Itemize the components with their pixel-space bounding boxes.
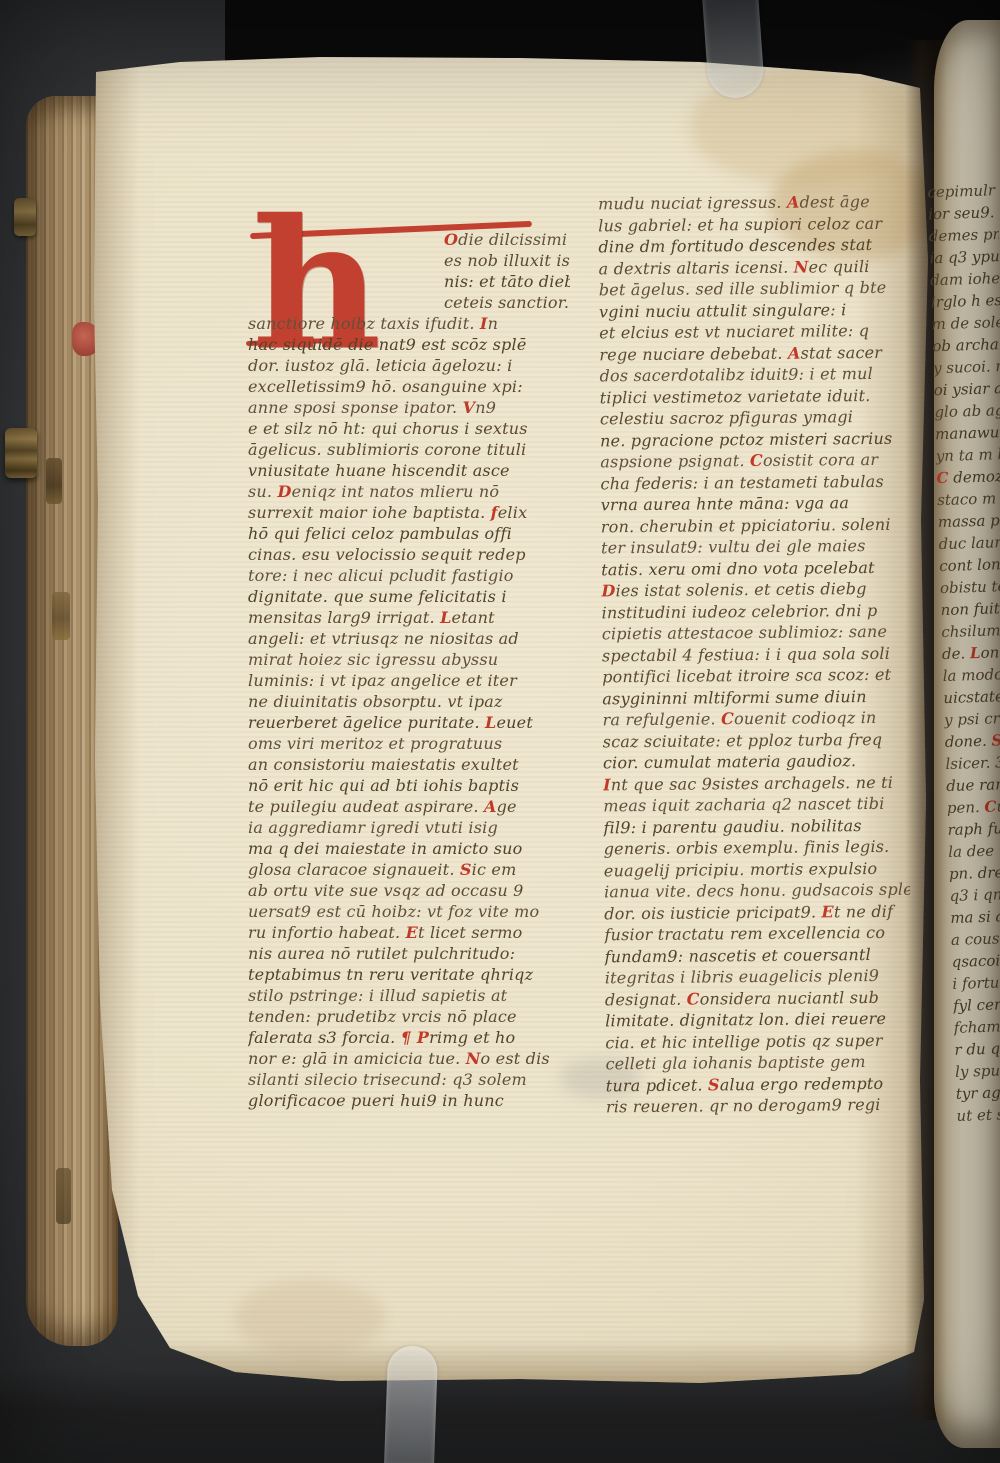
text-line: celleti gla iohanis baptiste gem [605, 1051, 911, 1075]
text-line: lsicer. 3 pam tol [945, 751, 1000, 775]
text-line: an consistoriu maiestatis exultet [248, 754, 570, 775]
text-line: non fuit excipi [940, 597, 1000, 621]
text-line: dignitate. que sume felicitatis i [248, 586, 570, 607]
text-line: a dextris altaris icensi. Nec quili [599, 255, 905, 279]
text-line: limitate. dignitatz lon. diei reuere [605, 1008, 911, 1032]
cradle-strap-bottom [384, 1345, 438, 1463]
text-column-right: mudu nuciat igressus. Adest āgelus gabri… [598, 191, 912, 1118]
text-line: ia aggrediamr igredi vtuti isig [248, 817, 570, 838]
text-line: glosa claracoe signaueit. Sic em [248, 859, 570, 880]
text-line: vgini nuciu attulit singulare: i [599, 298, 905, 322]
text-line: excelletissim9 hō. osanguine xpi: [248, 376, 570, 397]
text-line: hō qui felici celoz pambulas offi [248, 523, 570, 544]
rubric-text: C [984, 797, 997, 815]
text-line: due ranis pen su [946, 773, 1000, 797]
text-line: oi ysiar ab agel [933, 377, 1000, 401]
rubric-text: L [970, 644, 981, 662]
text-line: meas iquit zacharia q2 nascet tibi [603, 793, 909, 817]
rubric-text: C [687, 989, 700, 1008]
text-line: cipietis attestacoe sublimioz: sane [602, 621, 908, 645]
rubric-text: C [750, 451, 763, 470]
text-line: aspsione psignat. Cosistit cora ar [600, 449, 906, 473]
text-line: raph fuit: nomin [947, 817, 1000, 841]
text-line: anne sposi sponse ipator. Vn9 [248, 397, 570, 418]
text-line: cia. et hic intellige potis qz super [605, 1029, 911, 1053]
text-line: tyr agnoscit. Mulie [955, 1081, 1000, 1105]
text-line: su. Deniqz int natos mlieru nō [248, 481, 570, 502]
text-line: cont longa tesf [939, 553, 1000, 577]
text-line: y sucoi. mira [933, 355, 1000, 379]
text-line: es nob illuxit isig [444, 250, 570, 271]
manuscript-photo: h Odie dilcissimi dies nob illuxit isign… [0, 0, 1000, 1463]
rubric-text: E [406, 923, 418, 942]
text-line: tenden: prudetibz vrcis nō place [248, 1006, 570, 1027]
text-line: lus gabriel: et ha supiori celoz car [598, 212, 904, 236]
text-line: glorificacoe pueri hui9 in hunc [248, 1090, 570, 1111]
text-line: ron. cherubin et ppiciatoriu. soleni [601, 513, 907, 537]
text-line: dam iohes m [930, 267, 1000, 291]
text-line: Dies istat solenis. et cetis diebg [601, 578, 907, 602]
text-line: dor. ois iusticie pricipat9. Et ne dif [604, 900, 910, 924]
text-line: yn ta m hor q [935, 443, 1000, 467]
text-line: nis: et tāto diebz [444, 271, 570, 292]
rubric-text: S [460, 860, 472, 879]
brass-clasp-middle [5, 428, 37, 478]
text-line: bet āgelus. sed ille sublimior q bte [599, 277, 905, 301]
text-line: reuerberet āgelice puritate. Leuet [248, 712, 570, 733]
rubric-text: C [936, 469, 949, 487]
text-line: la dee niena visa [948, 839, 1000, 863]
text-line: Int que sac 9sistes archagels. ne ti [603, 771, 909, 795]
text-line: pn. dre ibemia et [949, 861, 1000, 885]
text-line: ceteis sanctior. qnto [444, 292, 570, 313]
text-line: tiplici vestimetoz varietate iduit. [600, 384, 906, 408]
text-column-left: Odie dilcissimi dies nob illuxit isignis… [248, 229, 570, 1111]
text-line: tura pdicet. Salua ergo redempto [606, 1072, 912, 1096]
text-line: fusior tractatu rem excellencia co [604, 922, 910, 946]
text-line: Odie dilcissimi di [444, 229, 570, 250]
text-line: tore: i nec alicui pcludit fastigio [248, 565, 570, 586]
text-line: cior. cumulat materia gaudioz. [603, 750, 909, 774]
text-line: tatis. xeru omi dno vota pcelebat [601, 556, 907, 580]
text-line: fchampo: ihedrie s [953, 1015, 1000, 1039]
text-line: vniusitate huane hiscendit asce [248, 460, 570, 481]
rubric-text: f [491, 503, 498, 522]
parchment-stain [235, 1280, 385, 1355]
text-line: surrexit maior iohe baptista. felix [248, 502, 570, 523]
text-line: celestiu sacroz pfiguras ymagi [600, 406, 906, 430]
text-line: ab ortu vite sue vsqz ad occasu 9 [248, 880, 570, 901]
text-line: chsilum9 ignora [941, 619, 1000, 643]
rubric-text: S [991, 731, 1000, 749]
text-line: ly spu sco replet [955, 1059, 1000, 1083]
manuscript-page: h Odie dilcissimi dies nob illuxit isign… [0, 0, 1000, 1463]
text-line: staco m vtero [937, 487, 1000, 511]
rubric-text: N [466, 1049, 481, 1068]
text-line: m de solemita [931, 311, 1000, 335]
text-line: dos sacerdotalibz iduit9: i et mul [599, 363, 905, 387]
text-line: ma si abiguius. [950, 905, 1000, 929]
text-line: cha federis: i an testameti tabulas [600, 470, 906, 494]
text-line: rege nuciare debebat. Astat sacer [599, 341, 905, 365]
text-line: silanti silecio trisecund: q3 solem [248, 1069, 570, 1090]
text-line: ia q3 ypud. C( [929, 245, 1000, 269]
text-line: r du quide in vtero [954, 1037, 1000, 1061]
rubric-text: V [463, 398, 476, 417]
text-line: institudini iudeoz celebrior. dni p [602, 599, 908, 623]
text-line: hac siquidē die nat9 est scōz splē [248, 334, 570, 355]
text-line: spectabil 4 festiua: i i qua sola soli [602, 642, 908, 666]
text-line: itegritas i libris euagelicis pleni9 [605, 965, 911, 989]
text-line: la modo gzeptus [942, 663, 1000, 687]
text-line: C demoze [936, 465, 1000, 489]
text-line: massa puarica [938, 509, 1000, 533]
rubric-text: O [444, 230, 458, 249]
text-line: uersat9 est cū hoibz: vt foz vite mo [248, 901, 570, 922]
rubric-text: A [788, 343, 801, 362]
text-line: mirat hoiez sic igressu abyssu [248, 649, 570, 670]
text-line: ra refulgenie. Couenit codioqz in [602, 707, 908, 731]
text-line: a cousepta visceib [951, 927, 1000, 951]
rubric-text: I [480, 314, 488, 333]
rubric-text: D [601, 581, 615, 600]
text-line: fyl ceru fuerat susc [953, 993, 1000, 1017]
backdrop-shadow-bottom [0, 1368, 1000, 1463]
brass-clasp-upper [14, 198, 36, 236]
text-line: ne diuinitatis obsorptu. vt ipaz [248, 691, 570, 712]
text-line: i fortuaru illud. i q [952, 971, 1000, 995]
text-line: nō erit hic qui ad bti iohis baptis [248, 775, 570, 796]
text-line: qsacois giie mi [951, 949, 1000, 973]
text-line: ter insulat9: vultu dei gle maies [601, 535, 907, 559]
text-line: teptabimus tn reru veritate qhriqz [248, 964, 570, 985]
rubric-text: ¶ P [401, 1028, 429, 1047]
text-line: ne. pgracione pctoz misteri sacrius [600, 427, 906, 451]
text-line: generis. orbis exemplu. finis legis. [604, 836, 910, 860]
text-line: ior seu9. ille c [928, 201, 999, 225]
text-line: ob archangelo [932, 333, 1000, 357]
text-line: e et silz nō ht: qui chorus i sextus [248, 418, 570, 439]
text-line: manawu. scrit [935, 421, 1000, 445]
text-line: dine dm fortitudo descendes stat [598, 234, 904, 258]
text-line: demes pmo [929, 223, 1000, 247]
text-line: mudu nuciat igressus. Adest āge [598, 191, 904, 215]
text-line: q3 i qnq et de sm [949, 883, 1000, 907]
text-line: angeli: et vtriusqz ne niositas ad [248, 628, 570, 649]
text-line: designat. Considera nuciantl sub [605, 986, 911, 1010]
brass-fitting [52, 592, 70, 640]
rubric-text: E [821, 902, 834, 921]
text-line: et elcius est vt nuciaret milite: q [599, 320, 905, 344]
text-line: dor. iustoz glā. leticia āgelozu: i [248, 355, 570, 376]
text-line: te puilegiu audeat aspirare. Age [248, 796, 570, 817]
text-line: cepimulr hono [927, 179, 998, 203]
text-line: duc laurn ces [938, 531, 1000, 555]
cradle-strap-top [702, 0, 765, 100]
rubric-text: C [721, 709, 734, 728]
text-line: pen. Cu ergo om [947, 795, 1000, 819]
text-line: luminis: i vt ipaz angelice et iter [248, 670, 570, 691]
text-line: cinas. esu velocissio sequit redep [248, 544, 570, 565]
facing-page: cepimulr honoior seu9. ille cdemes pmoia… [934, 20, 1000, 1448]
text-line: euagelij pricipiu. mortis expulsio [604, 857, 910, 881]
text-line: asygininni mltiformi sume diuin [602, 685, 908, 709]
text-line: uicstate vgine n [943, 685, 1000, 709]
text-line: irglo h est m [931, 289, 1000, 313]
rubric-text: D [278, 482, 292, 501]
fore-edge-streak [56, 1168, 71, 1224]
text-line: stilo pstringe: i illud sapietis at [248, 985, 570, 1006]
rubric-text: I [603, 775, 611, 794]
rubric-text: A [787, 193, 800, 212]
text-line: sanctiore hoibz taxis ifudit. In [248, 313, 570, 334]
text-line: ma q dei maiestate in amicto suo [248, 838, 570, 859]
text-line: done. Sic qppe d [944, 729, 1000, 753]
rubric-text: S [708, 1075, 720, 1094]
text-line: ianua vite. decs honu. gudsacois sple [604, 879, 910, 903]
rubric-text: A [484, 797, 497, 816]
text-line: fundam9: nascetis et couersantl [605, 943, 911, 967]
text-line: glo ab agelus p [934, 399, 1000, 423]
text-line: fil9: i parentu gaudiu. nobilitas [603, 814, 909, 838]
text-line: obistu tensim [940, 575, 1000, 599]
text-line: nor e: glā in amicicia tue. No est dis [248, 1048, 570, 1069]
text-line: de. Longe qppe [942, 641, 1000, 665]
text-line: vrna aurea hnte māna: vga aa [601, 492, 907, 516]
rubric-text: L [440, 608, 451, 627]
text-line: āgelicus. sublimioris corone tituli [248, 439, 570, 460]
facing-page-text: cepimulr honoior seu9. ille cdemes pmoia… [927, 179, 1000, 1127]
clasp-slot [46, 458, 62, 504]
text-line: oms viri meritoz et progratuus [248, 733, 570, 754]
text-line: y psi crem9. nc [944, 707, 1000, 731]
text-line: nis aurea nō rutilet pulchritudo: [248, 943, 570, 964]
text-line: falerata s3 forcia. ¶ Primg et ho [248, 1027, 570, 1048]
text-line: pontifici licebat itroire sca scoz: et [602, 664, 908, 688]
text-line: mensitas larg9 irrigat. Letant [248, 607, 570, 628]
text-line: scaz sciuitate: et pploz turba freq [603, 728, 909, 752]
text-line: ut et spu sco repleri [956, 1103, 1000, 1127]
rubric-text: N [794, 257, 809, 276]
rubric-text: L [485, 713, 496, 732]
text-line: ris reueren. qr no derogam9 regi [606, 1094, 912, 1118]
text-line: ru infortio habeat. Et licet sermo [248, 922, 570, 943]
